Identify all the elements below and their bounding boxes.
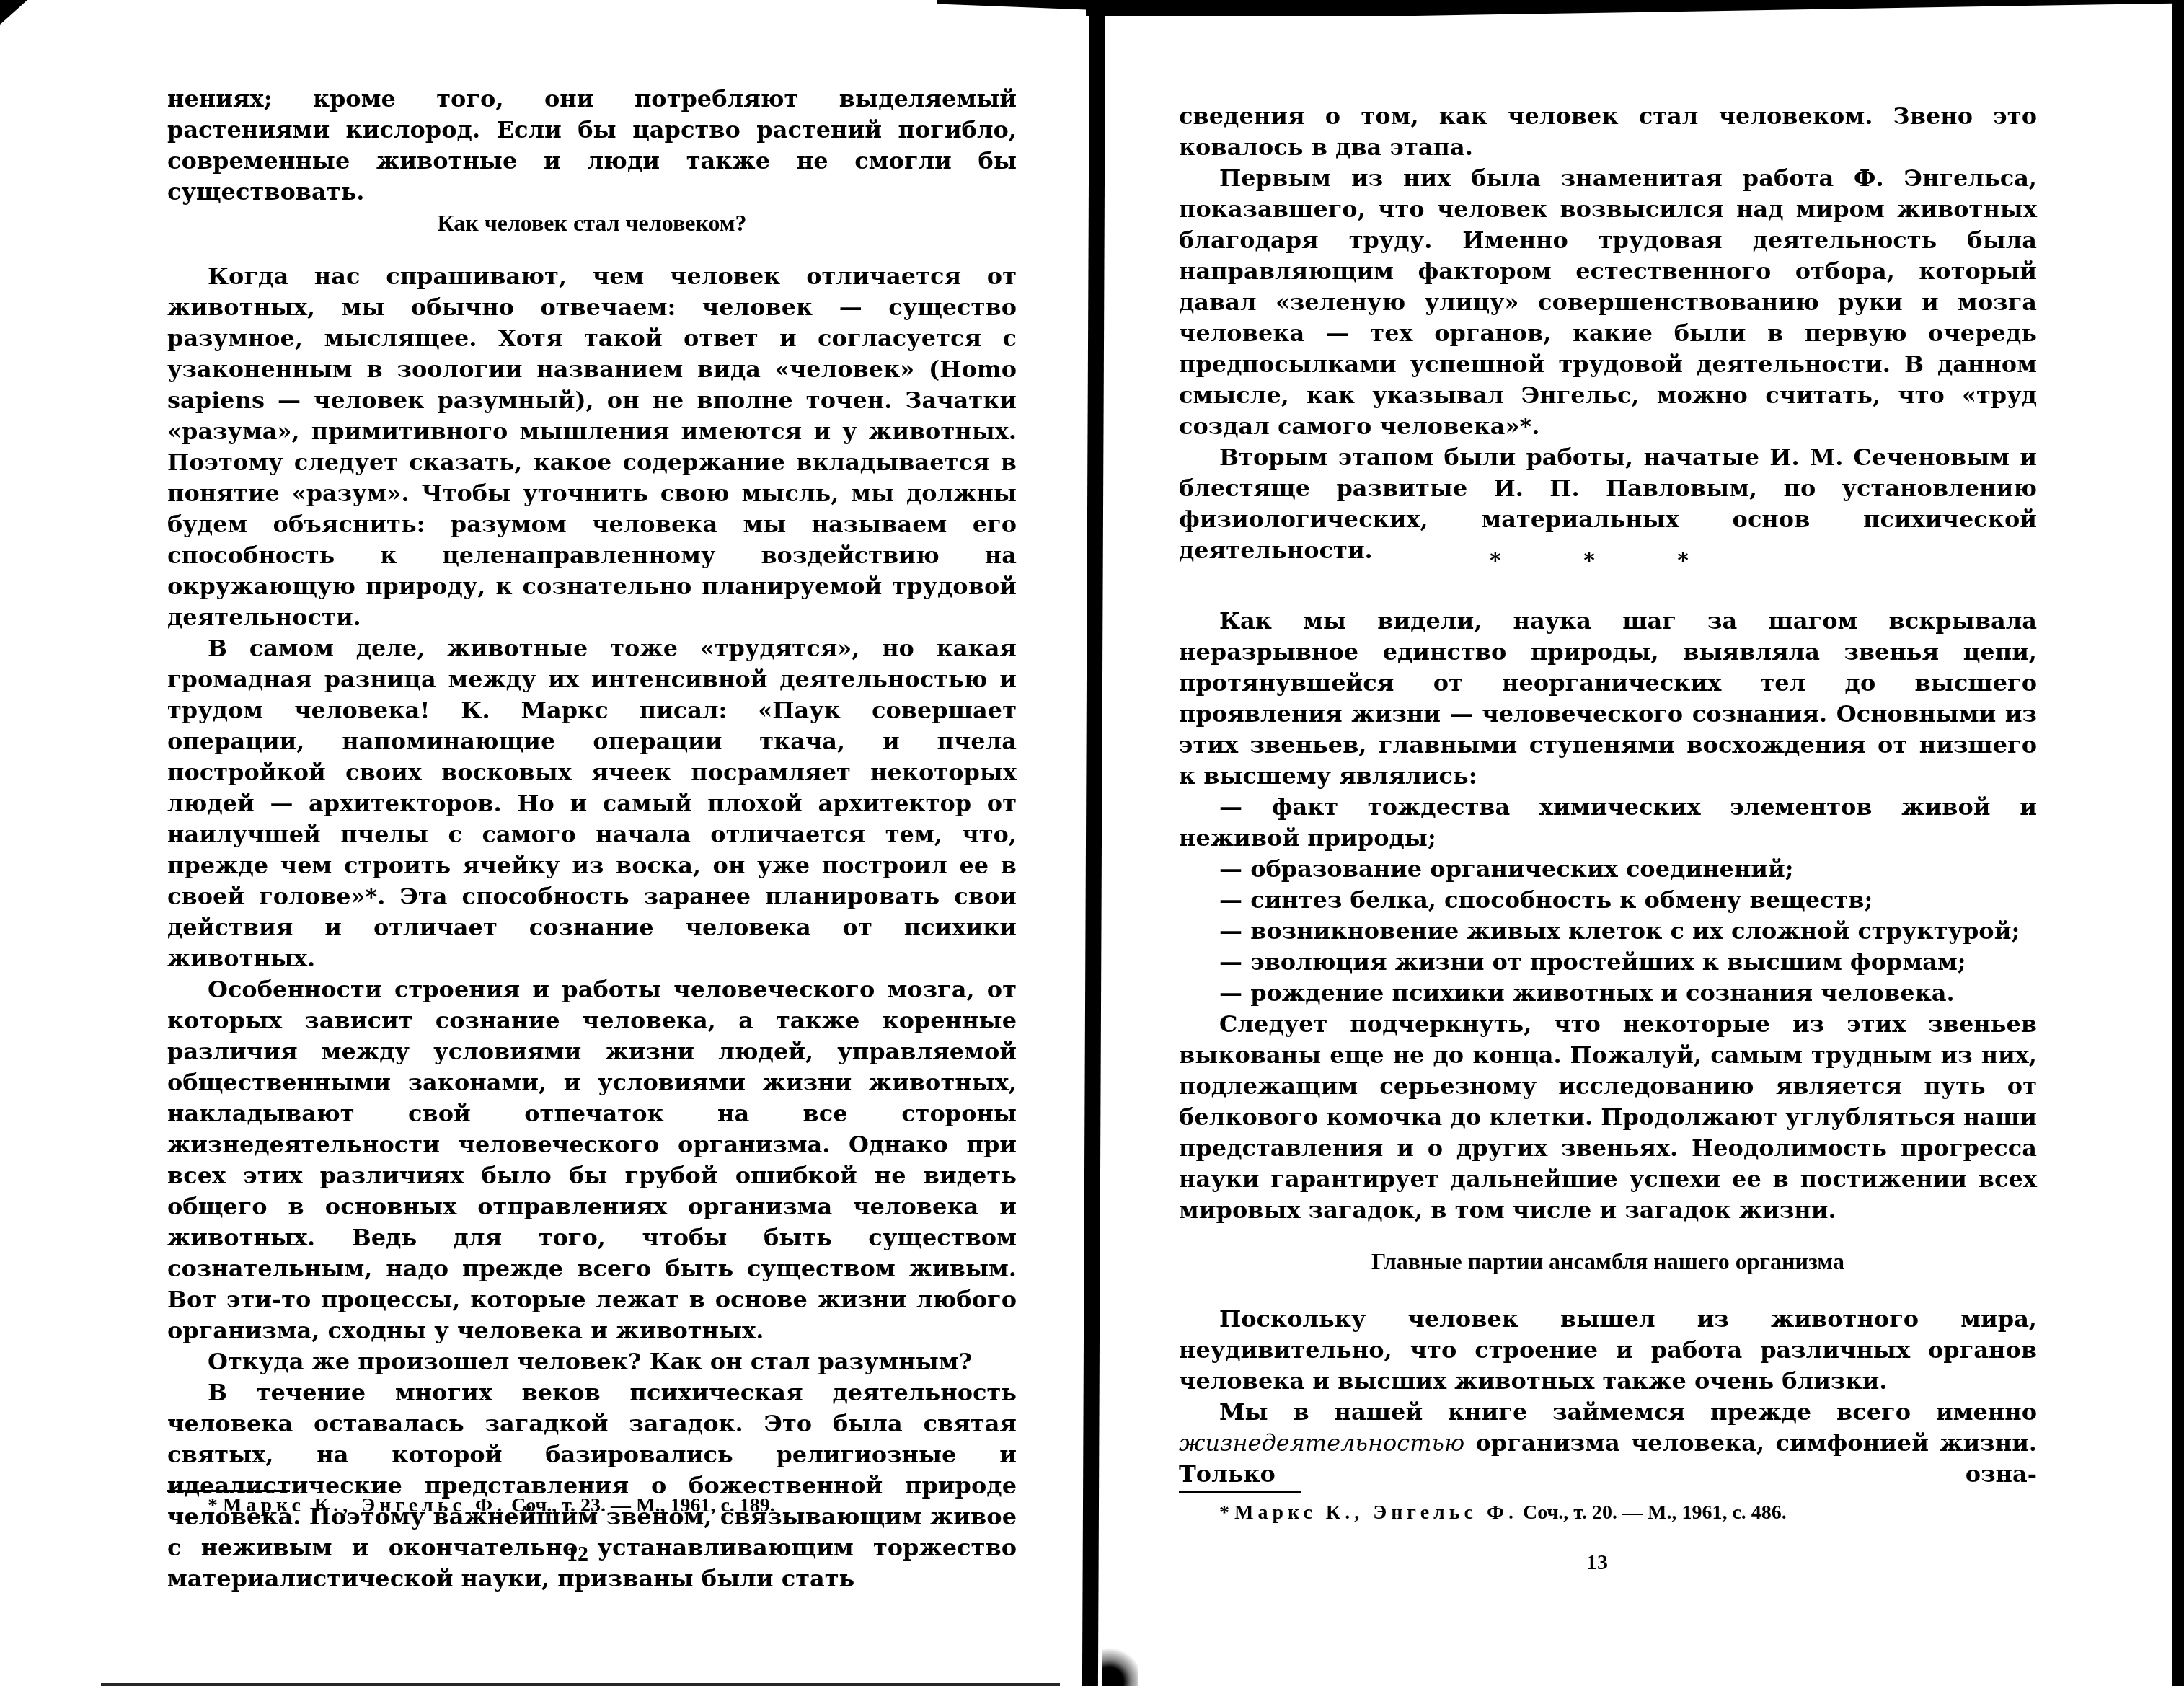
list-item: — эволюция жизни от простейших к высшим …	[1179, 947, 2037, 978]
list-item: — факт тождества химических элементов жи…	[1179, 792, 2037, 854]
paragraph: Когда нас спрашивают, чем человек отлича…	[167, 261, 1017, 633]
section-heading: Главные партии ансамбля нашего организма	[1179, 1246, 2037, 1277]
book-spread: нениях; кроме того, они потребляют выдел…	[0, 0, 2184, 1686]
paragraph-text: Мы в нашей книге займемся прежде всего и…	[1219, 1398, 2037, 1426]
footnote-authors: Маркс К., Энгельс Ф.	[1234, 1501, 1518, 1524]
paragraph: Откуда же произошел человек? Как он стал…	[167, 1346, 1017, 1377]
list-item: — синтез белка, способность к обмену вещ…	[1179, 885, 2037, 916]
footnote: * Маркс К., Энгельс Ф. Соч., т. 23. — М.…	[167, 1493, 1017, 1519]
left-page-body: Когда нас спрашивают, чем человек отлича…	[167, 261, 1017, 1594]
right-page-intro: сведения о том, как человек стал человек…	[1179, 101, 2037, 566]
paragraph: Как мы видели, наука шаг за шагом вскрыв…	[1179, 606, 2037, 792]
footnote-authors: Маркс К., Энгельс Ф.	[223, 1494, 506, 1517]
emphasized-term: жизнедеятельностью	[1179, 1429, 1464, 1457]
right-page-middle: Как мы видели, наука шаг за шагом вскрыв…	[1179, 606, 2037, 1226]
footnote-citation: Соч., т. 20. — М., 1961, с. 486.	[1523, 1501, 1787, 1524]
left-page-intro: нениях; кроме того, они потребляют выдел…	[167, 84, 1017, 208]
section-heading: Как человек стал человеком?	[167, 208, 1017, 239]
paragraph: Следует подчеркнуть, что некоторые из эт…	[1179, 1009, 2037, 1226]
footnote-divider	[1179, 1491, 1301, 1493]
right-page: сведения о том, как человек стал человек…	[1179, 0, 2037, 1686]
scan-smudge	[1102, 1643, 1138, 1686]
page-number: 12	[138, 1542, 1017, 1566]
list-item: — возникновение живых клеток с их сложно…	[1179, 916, 2037, 947]
paragraph: нениях; кроме того, они потребляют выдел…	[167, 84, 1017, 208]
paragraph: Поскольку человек вышел из животного мир…	[1179, 1304, 2037, 1397]
page-number: 13	[1157, 1550, 2037, 1575]
list-item: — рождение психики животных и сознания ч…	[1179, 978, 2037, 1009]
scan-right-edge	[2172, 0, 2184, 1686]
footnote-marker: *	[1219, 1501, 1229, 1524]
left-page: нениях; кроме того, они потребляют выдел…	[167, 0, 1017, 1686]
paragraph: В самом деле, животные тоже «трудятся», …	[167, 633, 1017, 974]
paragraph: Мы в нашей книге займемся прежде всего и…	[1179, 1397, 2037, 1490]
paragraph: Особенности строения и работы человеческ…	[167, 974, 1017, 1346]
footnote-citation: Соч., т. 23. — М., 1961, с. 189.	[511, 1494, 775, 1517]
footnote-divider	[167, 1490, 290, 1492]
paragraph: сведения о том, как человек стал человек…	[1179, 101, 2037, 163]
footnote-marker: *	[208, 1494, 218, 1517]
list-item: — образование органических соединений;	[1179, 854, 2037, 885]
scan-corner-shadow	[0, 0, 27, 25]
right-page-bottom: Поскольку человек вышел из животного мир…	[1179, 1304, 2037, 1490]
footnote: * Маркс К., Энгельс Ф. Соч., т. 20. — М.…	[1179, 1500, 2037, 1526]
paragraph: Первым из них была знаменитая работа Ф. …	[1179, 163, 2037, 442]
section-separator: * * *	[1179, 548, 2037, 573]
book-gutter	[1082, 0, 1105, 1686]
